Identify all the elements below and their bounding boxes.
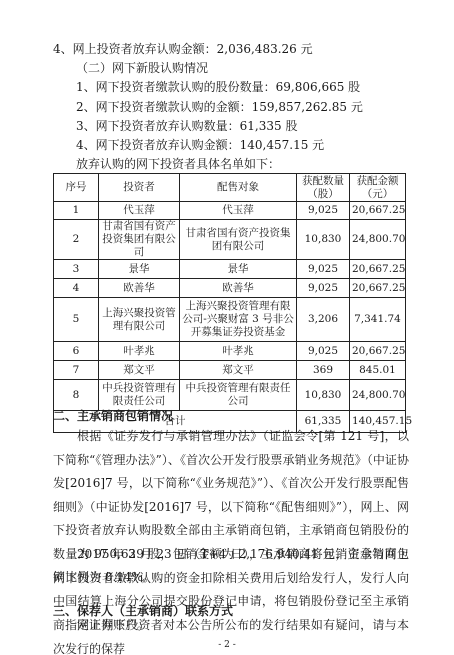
cell-investor: 上海兴聚投资管理有限公司 (99, 298, 180, 342)
cell-no: 3 (54, 260, 99, 279)
cell-amount: 20,667.25 (350, 279, 406, 298)
table-row: 5 上海兴聚投资管理有限公司 上海兴聚投资管理有限公司-兴聚财富 3 号非公开募… (54, 298, 406, 342)
table-row: 6 叶孝兆 叶孝兆 9,025 20,667.25 (54, 342, 406, 361)
table-row: 3 景华 景华 9,025 20,667.25 (54, 260, 406, 279)
cell-no: 1 (54, 202, 99, 220)
cell-shares: 10,830 (297, 380, 350, 411)
cell-no: 6 (54, 342, 99, 361)
cell-investor: 代玉萍 (99, 202, 180, 220)
cell-target: 中兵投资管理有限责任公司 (180, 380, 297, 411)
cell-shares: 3,206 (297, 298, 350, 342)
cell-investor: 甘肃省国有资产投资集团有限公司 (99, 220, 180, 260)
online-abandon-amount: 4、网上投资者放弃认购金额：2,036,483.26 元 (53, 42, 313, 56)
cell-shares: 9,025 (297, 202, 350, 220)
cell-no: 5 (54, 298, 99, 342)
cell-target: 代玉萍 (180, 202, 297, 220)
table-row: 7 郑文平 郑文平 369 845.01 (54, 361, 406, 380)
cell-amount: 7,341.74 (350, 298, 406, 342)
offline-paid-shares: 1、网下投资者缴款认购的股份数量：69,806,665 股 (76, 80, 360, 94)
cell-amount: 24,800.70 (350, 380, 406, 411)
cell-target: 郑文平 (180, 361, 297, 380)
cell-investor: 郑文平 (99, 361, 180, 380)
cell-shares: 10,830 (297, 220, 350, 260)
cell-shares: 9,025 (297, 260, 350, 279)
table-row: 2 甘肃省国有资产投资集团有限公司 甘肃省国有资产投资集团有限公司 10,830… (54, 220, 406, 260)
cell-amount: 20,667.25 (350, 342, 406, 361)
cell-shares: 9,025 (297, 342, 350, 361)
cell-target: 欧善华 (180, 279, 297, 298)
table-row: 1 代玉萍 代玉萍 9,025 20,667.25 (54, 202, 406, 220)
cell-investor: 叶孝兆 (99, 342, 180, 361)
cell-investor: 中兵投资管理有限责任公司 (99, 380, 180, 411)
header-shares: 获配数量（股） (297, 174, 350, 202)
header-amount: 获配金额（元） (350, 174, 406, 202)
cell-shares: 369 (297, 361, 350, 380)
cell-target: 上海兴聚投资管理有限公司-兴聚财富 3 号非公开募集证券投资基金 (180, 298, 297, 342)
cell-amount: 845.01 (350, 361, 406, 380)
cell-amount: 24,800.70 (350, 220, 406, 260)
page-number: - 2 - (0, 640, 454, 650)
list-intro: 放弃认购的网下投资者具体名单如下： (76, 157, 280, 171)
cell-amount: 20,667.25 (350, 260, 406, 279)
cell-no: 4 (54, 279, 99, 298)
header-target: 配售对象 (180, 174, 297, 202)
cell-no: 8 (54, 380, 99, 411)
section2-title: 二、主承销商包销情况 (53, 407, 173, 424)
cell-target: 甘肃省国有资产投资集团有限公司 (180, 220, 297, 260)
cell-target: 景华 (180, 260, 297, 279)
offline-paid-amount: 2、网下投资者缴款认购的金额：159,857,262.85 元 (76, 100, 363, 114)
cell-no: 2 (54, 220, 99, 260)
offline-section-title: （二）网下新股认购情况 (76, 61, 208, 75)
cell-investor: 欧善华 (99, 279, 180, 298)
header-investor: 投资者 (99, 174, 180, 202)
offline-abandon-shares: 3、网下投资者放弃认购数量：61,335 股 (76, 119, 297, 133)
cell-target: 叶孝兆 (180, 342, 297, 361)
table-row: 8 中兵投资管理有限责任公司 中兵投资管理有限责任公司 10,830 24,80… (54, 380, 406, 411)
offline-abandon-amount: 4、网下投资者放弃认购金额：140,457.15 元 (76, 138, 324, 152)
cell-no: 7 (54, 361, 99, 380)
cell-amount: 20,667.25 (350, 202, 406, 220)
cell-shares: 9,025 (297, 279, 350, 298)
table-row: 4 欧善华 欧善华 9,025 20,667.25 (54, 279, 406, 298)
table-header-row: 序号 投资者 配售对象 获配数量（股） 获配金额（元） (54, 174, 406, 202)
abandon-investors-table: 序号 投资者 配售对象 获配数量（股） 获配金额（元） 1 代玉萍 代玉萍 9,… (53, 173, 406, 433)
cell-investor: 景华 (99, 260, 180, 279)
header-no: 序号 (54, 174, 99, 202)
